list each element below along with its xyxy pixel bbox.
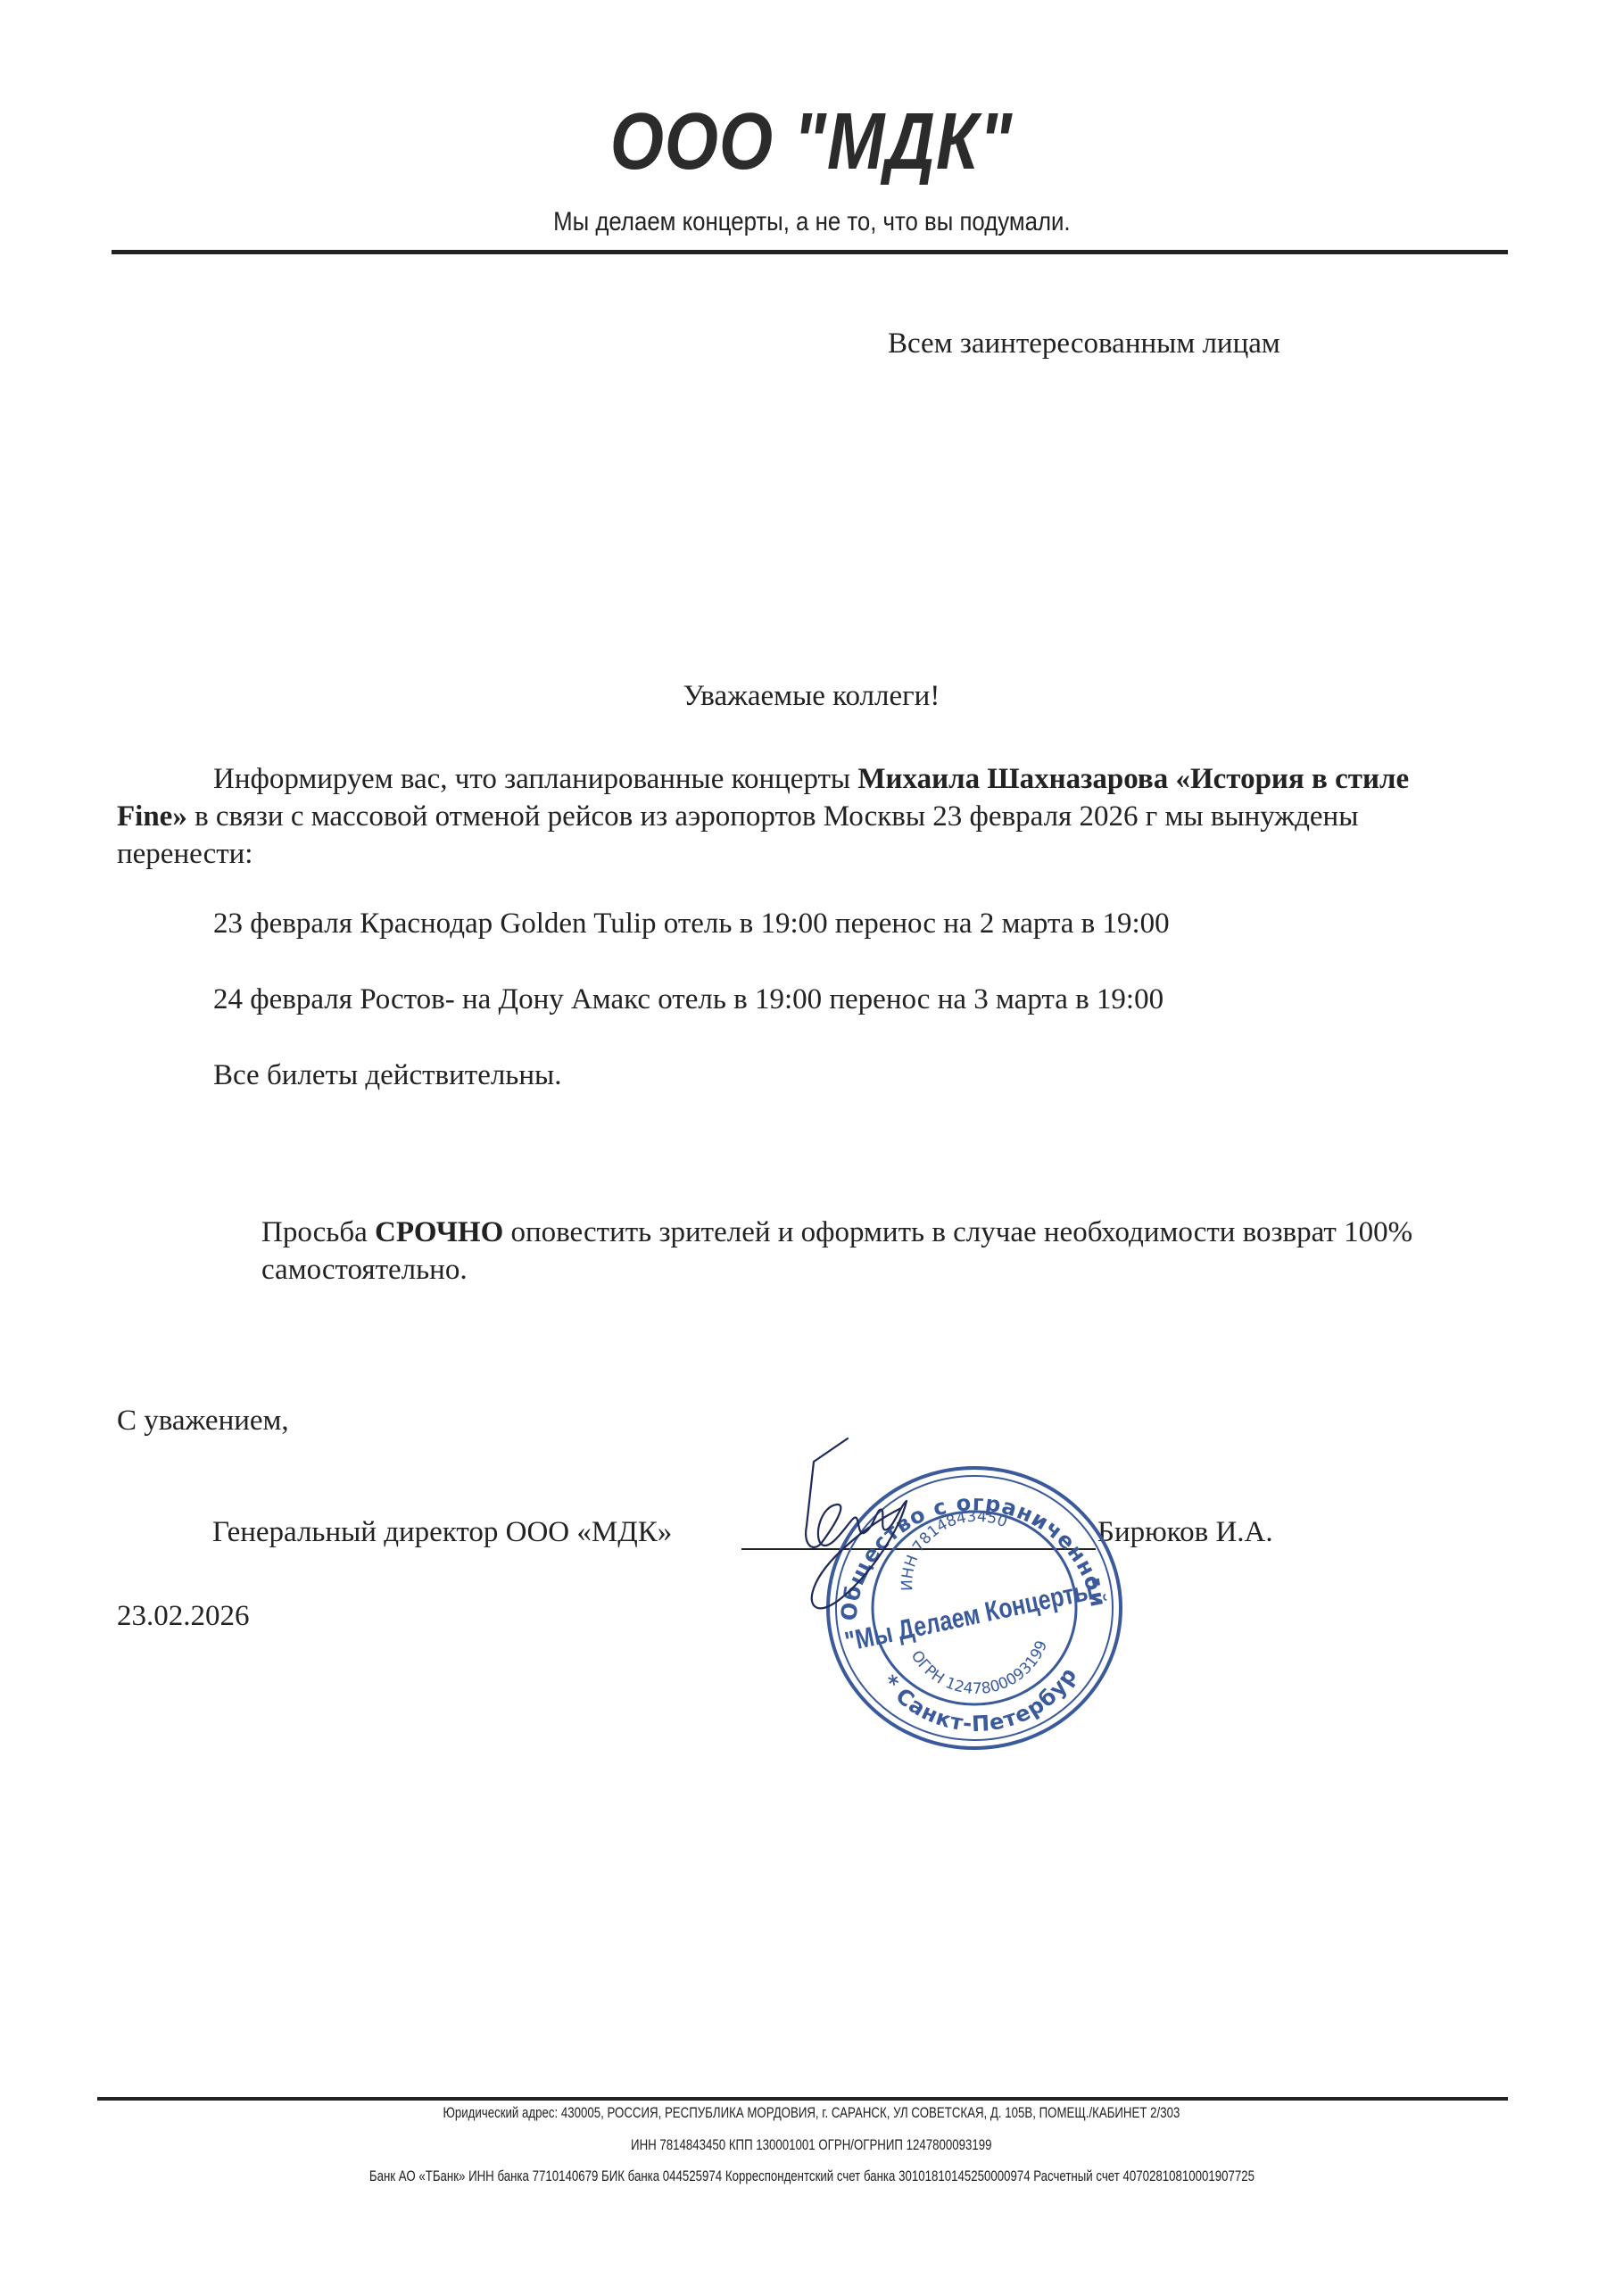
addressee: Всем заинтересованным лицам [888, 327, 1280, 361]
request-text: Просьба [261, 1216, 375, 1248]
company-tagline-text: Мы делаем концерты, а не то, что вы поду… [553, 207, 1070, 237]
footer-legal-address: Юридический адрес: 430005, РОССИЯ, РЕСПУ… [0, 2104, 1623, 2122]
footer-divider [97, 2097, 1508, 2101]
company-tagline: Мы делаем концерты, а не то, что вы поду… [0, 207, 1623, 237]
intro-text-continued: в связи с массовой отменой рейсов из аэр… [117, 800, 1358, 870]
footer-legal-address-text: Юридический адрес: 430005, РОССИЯ, РЕСПУ… [443, 2104, 1180, 2122]
company-name: ООО "МДК" [0, 96, 1623, 188]
company-name-text: ООО "МДК" [610, 96, 1013, 188]
event-reschedule-item: 23 февраля Краснодар Golden Tulip отель … [213, 908, 1170, 941]
urgent-emphasis: СРОЧНО [375, 1216, 503, 1248]
tickets-note: Все билеты действительны. [213, 1059, 561, 1092]
intro-text: Информируем вас, что запланированные кон… [213, 763, 857, 795]
intro-paragraph: Информируем вас, что запланированные кон… [117, 760, 1482, 873]
salutation: Уважаемые коллеги! [0, 680, 1623, 713]
request-paragraph: Просьба СРОЧНО оповестить зрителей и офо… [261, 1214, 1493, 1289]
footer-bank-details-text: Банк АО «ТБанк» ИНН банка 7710140679 БИК… [368, 2168, 1254, 2185]
letter-date: 23.02.2026 [117, 1600, 250, 1633]
handwritten-signature [767, 1419, 999, 1633]
footer-registration-text: ИНН 7814843450 КПП 130001001 ОГРН/ОГРНИП… [631, 2136, 991, 2154]
event-reschedule-item: 24 февраля Ростов- на Дону Амакс отель в… [213, 983, 1163, 1016]
footer-registration: ИНН 7814843450 КПП 130001001 ОГРН/ОГРНИП… [0, 2136, 1623, 2154]
closing-regards: С уважением, [117, 1405, 289, 1438]
header-divider [112, 250, 1508, 254]
footer-bank-details: Банк АО «ТБанк» ИНН банка 7710140679 БИК… [0, 2168, 1623, 2185]
signer-title: Генеральный директор ООО «МДК» [212, 1516, 672, 1549]
